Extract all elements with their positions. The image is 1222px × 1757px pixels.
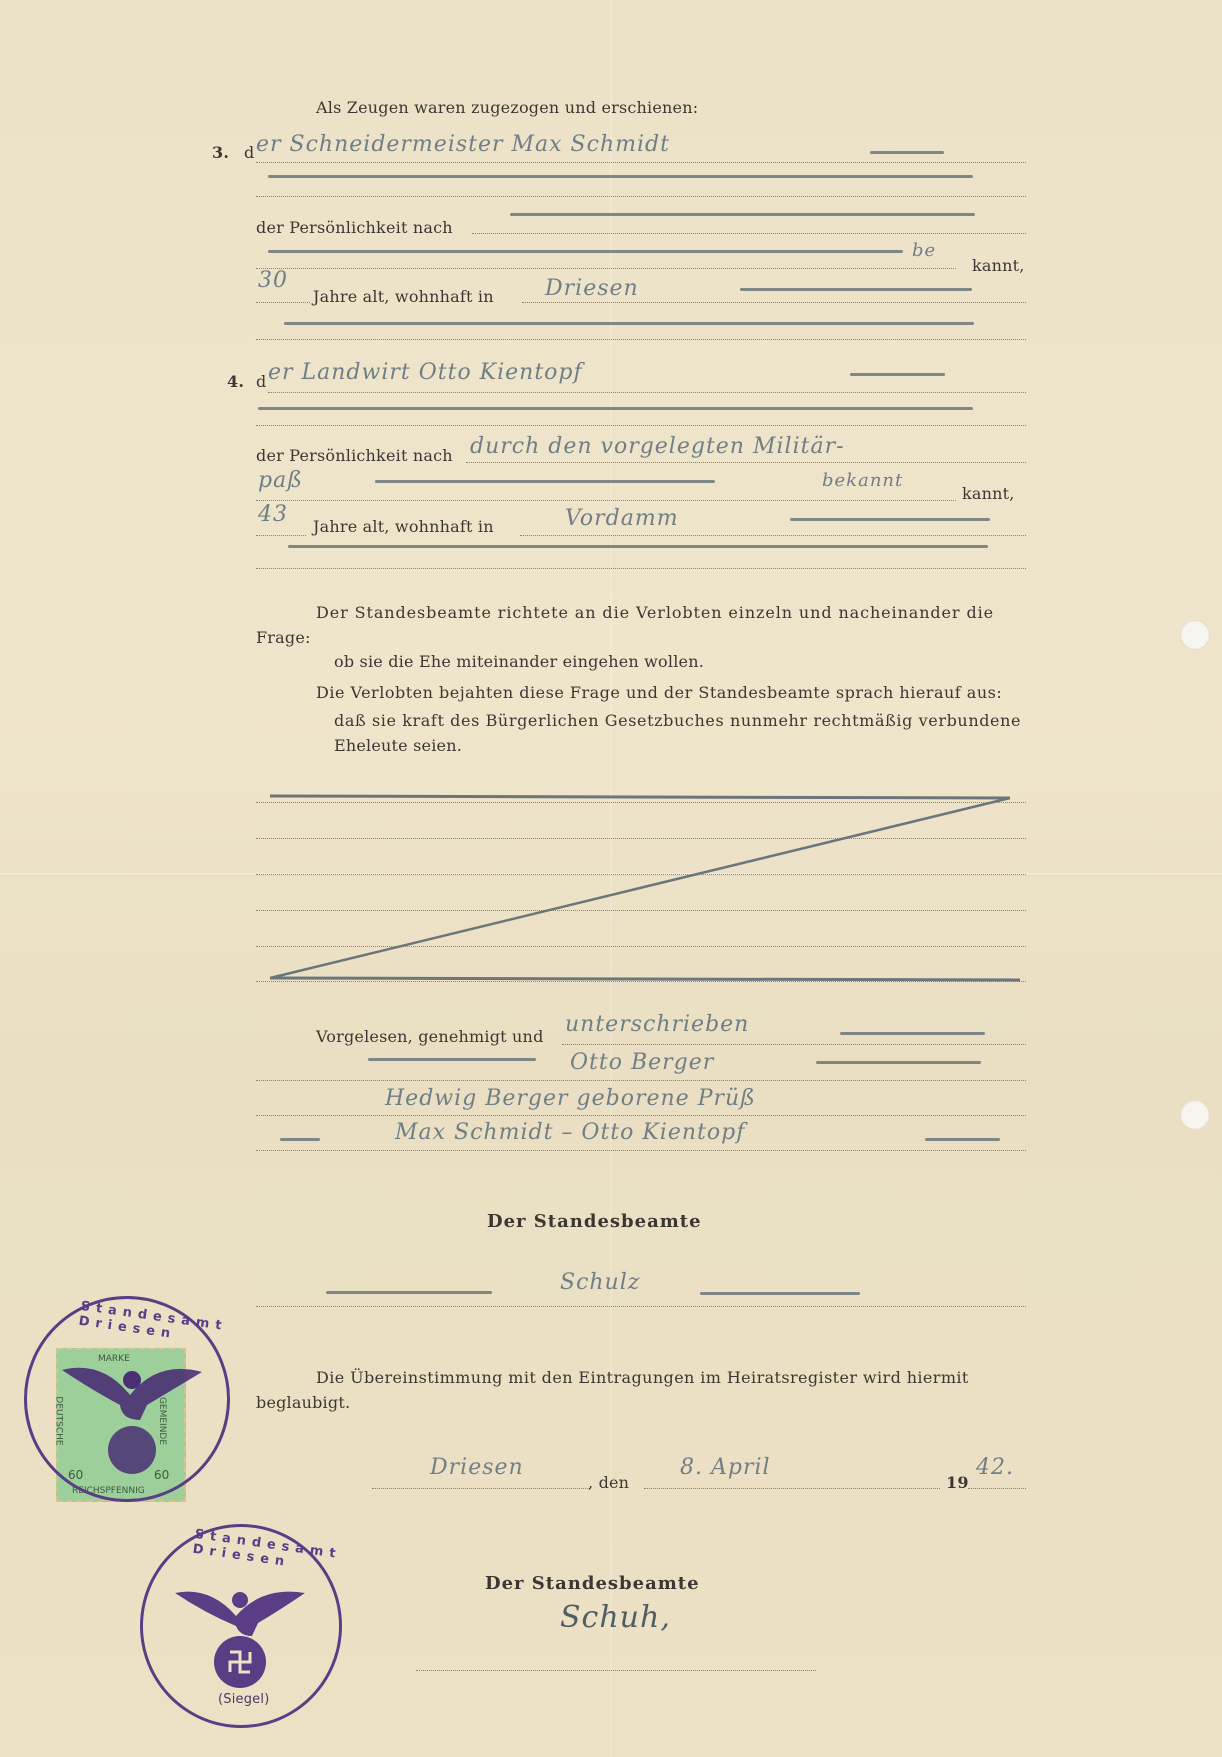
- seal-ring-text: Standesamt Driesen: [78, 1299, 229, 1349]
- century-label: 19: [946, 1473, 969, 1492]
- dotted-line: [644, 1488, 940, 1489]
- fill-stroke: [840, 1032, 985, 1035]
- dotted-line: [256, 535, 306, 536]
- witness-number: 3.: [212, 143, 229, 162]
- dotted-line: [968, 1488, 1026, 1489]
- fill-stroke: [258, 407, 973, 410]
- fill-stroke: [790, 518, 990, 521]
- identity-label: der Persönlichkeit nach: [256, 218, 453, 237]
- fill-stroke: [700, 1292, 860, 1295]
- registrar-signature: Schuh,: [560, 1600, 671, 1635]
- dotted-line: [256, 162, 1026, 163]
- dotted-line: [268, 392, 1026, 393]
- punch-hole-top: [1180, 620, 1210, 650]
- ceremony-line: ob sie die Ehe miteinander eingehen woll…: [334, 652, 704, 671]
- identity-suffix-handwritten: be: [912, 240, 936, 261]
- fill-stroke: [280, 1138, 320, 1141]
- ceremony-line: Die Verlobten bejahten diese Frage und d…: [316, 683, 1002, 702]
- dotted-line: [256, 339, 1026, 340]
- kannt-label: kannt,: [972, 256, 1025, 275]
- registrar-signature: Schulz: [560, 1270, 640, 1295]
- eagle-emblem-icon: [52, 1350, 212, 1480]
- signature-witnesses: Max Schmidt – Otto Kientopf: [395, 1120, 745, 1145]
- dotted-line: [256, 568, 1026, 569]
- fill-stroke: [284, 322, 974, 325]
- read-approved-label: Vorgelesen, genehmigt und: [316, 1027, 544, 1046]
- dotted-line: [472, 233, 1026, 234]
- seal-center-label: (Siegel): [218, 1692, 269, 1707]
- registrar-title: Der Standesbeamte: [487, 1211, 702, 1232]
- certification-line: Die Übereinstimmung mit den Eintragungen…: [316, 1368, 969, 1387]
- certification-line: beglaubigt.: [256, 1393, 350, 1412]
- year-handwritten: 42.: [976, 1455, 1014, 1480]
- witness-residence-handwritten: Driesen: [545, 276, 639, 301]
- witness-age-handwritten: 43: [258, 502, 288, 527]
- age-label: Jahre alt, wohnhaft in: [313, 287, 494, 306]
- fill-stroke: [816, 1061, 981, 1064]
- fill-stroke: [326, 1291, 492, 1294]
- punch-hole-bottom: [1180, 1100, 1210, 1130]
- dotted-line: [256, 302, 310, 303]
- signature-bride: Hedwig Berger geborene Prüß: [385, 1086, 756, 1111]
- witness-residence-handwritten: Vordamm: [565, 506, 679, 531]
- dotted-line: [256, 196, 1026, 197]
- fill-stroke: [268, 175, 973, 178]
- dotted-line: [256, 268, 956, 269]
- fill-stroke: [368, 1058, 536, 1061]
- witness-age-handwritten: 30: [258, 268, 288, 293]
- strike-z-mark: [250, 790, 1020, 990]
- dotted-line: [256, 1306, 1026, 1307]
- dotted-line: [256, 1150, 1026, 1151]
- witness-prefix: d: [244, 143, 254, 162]
- read-approved-handwritten: unterschrieben: [565, 1012, 749, 1037]
- witness-name-handwritten: er Schneidermeister Max Schmidt: [256, 132, 670, 157]
- dotted-line: [416, 1670, 816, 1671]
- witness-prefix: d: [256, 372, 266, 391]
- witness-number: 4.: [227, 372, 244, 391]
- dotted-line: [256, 500, 956, 501]
- identity-line2-handwritten: paß: [258, 468, 303, 493]
- place-handwritten: Driesen: [430, 1455, 524, 1480]
- fill-stroke: [925, 1138, 1000, 1141]
- dotted-line: [520, 535, 1026, 536]
- fill-stroke: [510, 213, 975, 216]
- den-label: , den: [588, 1473, 629, 1492]
- dotted-line: [256, 1080, 1026, 1081]
- identity-label: der Persönlichkeit nach: [256, 446, 453, 465]
- dotted-line: [256, 1115, 1026, 1116]
- fill-stroke: [740, 288, 972, 291]
- fill-stroke: [375, 480, 715, 483]
- eagle-swastika-emblem-icon: [170, 1578, 310, 1698]
- ceremony-line: Eheleute seien.: [334, 736, 462, 755]
- fill-stroke: [850, 373, 945, 376]
- witness-heading: Als Zeugen waren zugezogen und erschiene…: [316, 98, 698, 117]
- ceremony-line: Frage:: [256, 628, 311, 647]
- signature-groom: Otto Berger: [570, 1050, 714, 1075]
- date-handwritten: 8. April: [680, 1455, 771, 1480]
- fill-stroke: [288, 545, 988, 548]
- ceremony-line: Der Standesbeamte richtete an die Verlob…: [316, 603, 994, 622]
- identity-suffix-handwritten: bekannt: [822, 470, 903, 491]
- seal-ring-text: Standesamt Driesen: [192, 1527, 343, 1577]
- ceremony-line: daß sie kraft des Bürgerlichen Gesetzbuc…: [334, 711, 1021, 730]
- dotted-line: [256, 425, 1026, 426]
- identity-handwritten: durch den vorgelegten Militär-: [470, 434, 845, 459]
- registrar-title: Der Standesbeamte: [485, 1573, 700, 1594]
- dotted-line: [522, 302, 1026, 303]
- kannt-label: kannt,: [962, 484, 1015, 503]
- dotted-line: [372, 1488, 590, 1489]
- dotted-line: [466, 462, 1026, 463]
- dotted-line: [562, 1044, 1026, 1045]
- age-label: Jahre alt, wohnhaft in: [313, 517, 494, 536]
- witness-name-handwritten: er Landwirt Otto Kientopf: [268, 360, 583, 385]
- fill-stroke: [268, 250, 903, 253]
- fill-stroke: [870, 151, 944, 154]
